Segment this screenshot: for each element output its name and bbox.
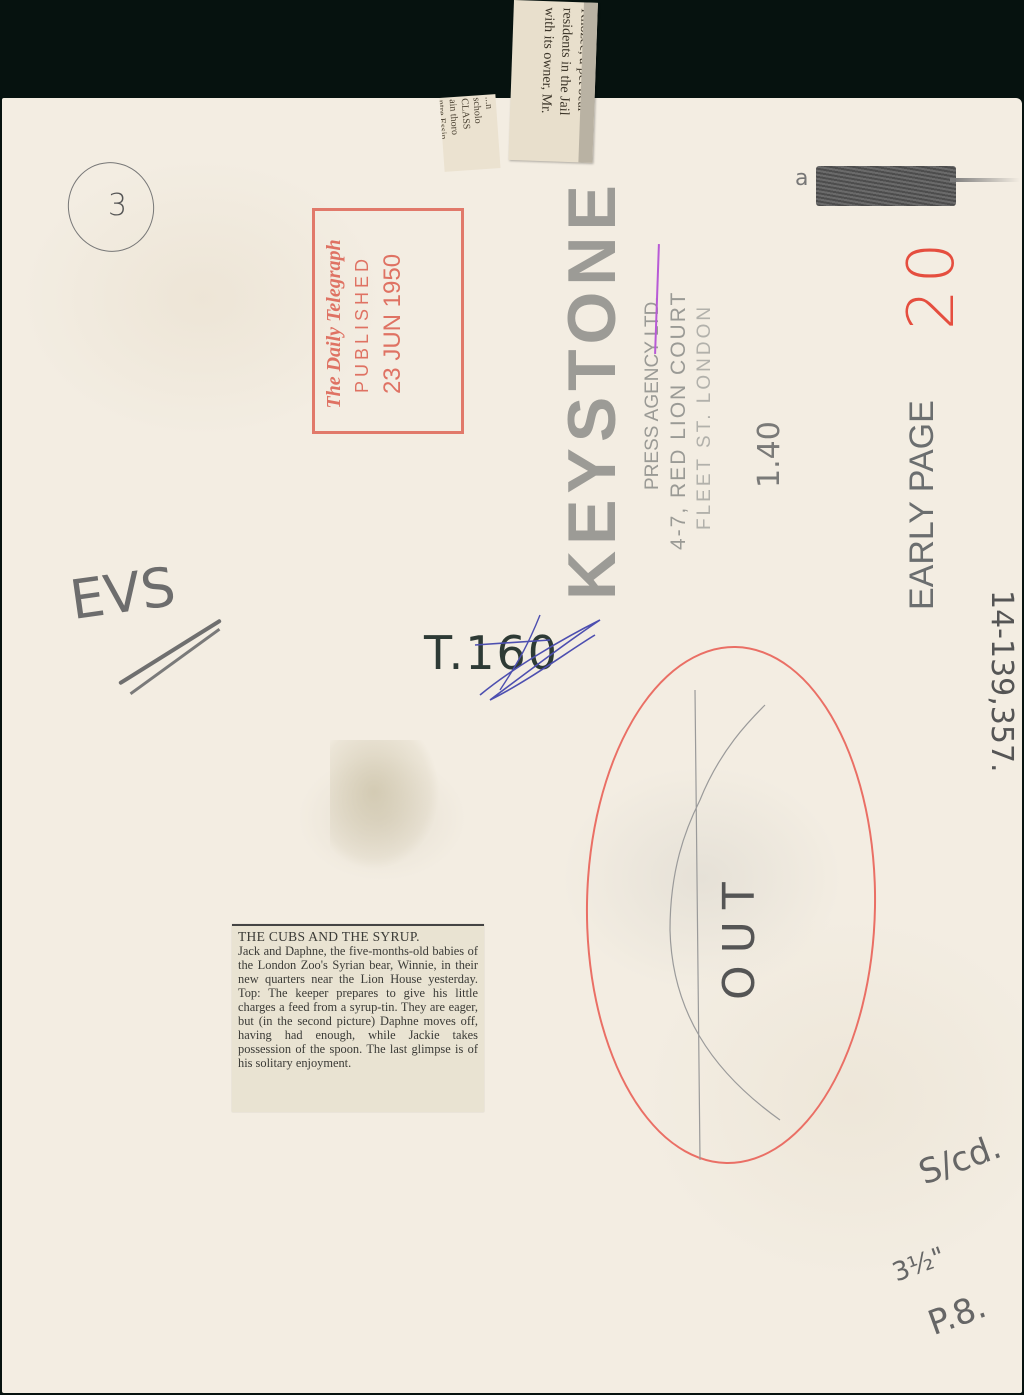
- stamp-date: 23 JUN 1950: [379, 211, 407, 437]
- pencil-letter: a: [795, 166, 808, 191]
- caption-body: Jack and Daphne, the five-months-old bab…: [238, 944, 478, 1070]
- out-handwriting: OUT: [700, 800, 780, 1000]
- daily-telegraph-stamp: The Daily Telegraph PUBLISHED 23 JUN 195…: [312, 208, 464, 434]
- agency-line: 4-7, RED LION COURT: [666, 230, 692, 610]
- keystone-stamp: KEYSTONE: [552, 170, 632, 600]
- newspaper-clipping-top: Khozee, a pet bear residents in the Jail…: [508, 0, 598, 163]
- photo-back-paper: [2, 98, 1022, 1393]
- pencil-stroke: [950, 178, 1020, 182]
- pencil-number: 1.40: [740, 388, 800, 488]
- newspaper-caption-clipping: THE CUBS AND THE SYRUP. Jack and Daphne,…: [232, 924, 484, 1112]
- reference-number: 14-139,357.: [978, 590, 1024, 790]
- clipping-fragment-text: ...n scholo CLASS ain thoro ntre Essin: [439, 94, 500, 172]
- agency-line: PRESS AGENCY LTD.: [640, 230, 666, 610]
- paper-stain: [330, 740, 440, 870]
- pencil-shading-block: [816, 166, 956, 206]
- red-crayon-number: 20: [892, 210, 972, 330]
- caption-headline: THE CUBS AND THE SYRUP.: [238, 930, 478, 944]
- pencil-number-text: 1.40: [740, 388, 800, 488]
- newspaper-clipping-fragment: ...n scholo CLASS ain thoro ntre Essin: [439, 94, 500, 172]
- reference-number-text: 14-139,357.: [978, 590, 1024, 790]
- early-page-stamp: EARLY PAGE: [900, 380, 944, 610]
- keystone-name: KEYSTONE: [552, 170, 632, 600]
- early-page-text: EARLY PAGE: [900, 380, 944, 610]
- stamp-newspaper: The Daily Telegraph: [323, 211, 346, 437]
- out-text: OUT: [700, 800, 780, 1000]
- agency-line: FLEET ST. LONDON: [692, 230, 718, 610]
- blue-ink-scribble: [470, 600, 610, 710]
- circled-number: 3: [108, 188, 127, 223]
- red-number-text: 20: [892, 210, 972, 330]
- stamp-status: PUBLISHED: [352, 211, 373, 437]
